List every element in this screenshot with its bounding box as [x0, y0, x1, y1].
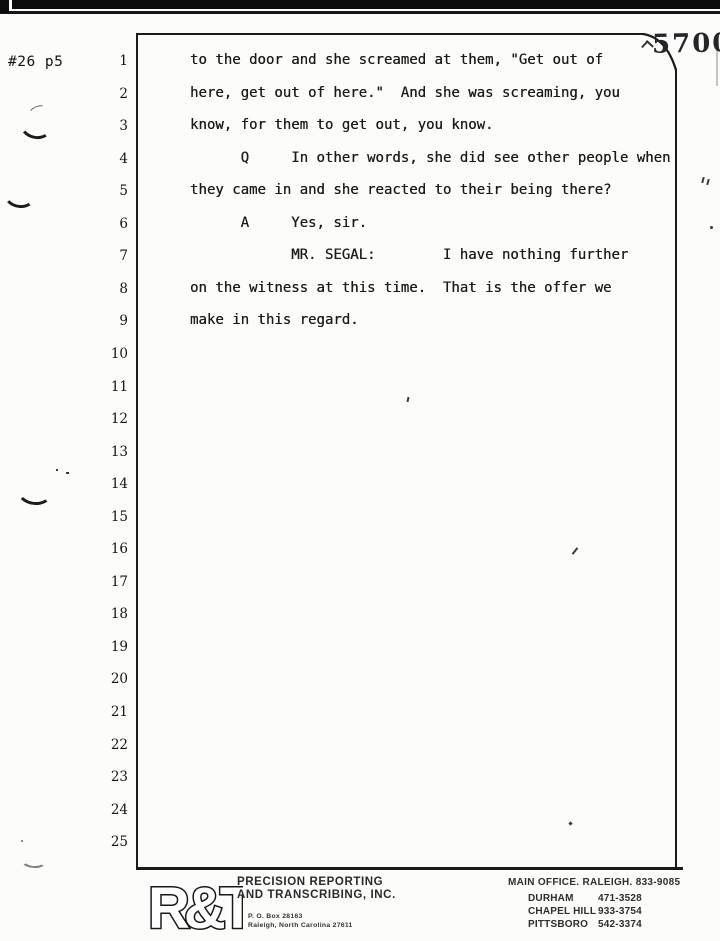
- main-office-line: MAIN OFFICE. RALEIGH. 833-9085: [508, 877, 680, 888]
- company-name: PRECISION REPORTING AND TRANSCRIBING, IN…: [237, 876, 457, 902]
- transcript-line-text: they came in and she reacted to their be…: [190, 182, 611, 198]
- line-number: 10: [92, 346, 128, 362]
- company-name-line2: AND TRANSCRIBING, INC.: [237, 889, 457, 902]
- transcript-row: 20: [0, 671, 720, 693]
- corner-notch-curve: [0, 0, 720, 941]
- transcript-row: 17: [0, 574, 720, 596]
- scan-speck: [66, 472, 69, 474]
- line-number: 17: [92, 574, 128, 590]
- line-number: 8: [92, 281, 128, 297]
- transcript-row: 7 MR. SEGAL: I have nothing further: [0, 248, 720, 270]
- scan-speck: [56, 469, 58, 471]
- scanned-transcript-page: { "colors": { "paper": "#fcfcfb", "ink":…: [0, 0, 720, 941]
- transcript-line-text: to the door and she screamed at them, "G…: [190, 52, 603, 68]
- office-row: PITTSBORO542-3374: [528, 918, 688, 931]
- company-logo: R&T.: [147, 872, 243, 941]
- office-row: CHAPEL HILL933-3754: [528, 905, 688, 918]
- line-number: 11: [92, 379, 128, 395]
- transcript-row: 15: [0, 509, 720, 531]
- transcript-row: 18: [0, 606, 720, 628]
- line-number: 21: [92, 704, 128, 720]
- line-number: 4: [92, 151, 128, 167]
- office-row: DURHAM471-3528: [528, 892, 688, 905]
- line-number: 19: [92, 639, 128, 655]
- transcript-line-text: make in this regard.: [190, 312, 359, 328]
- transcript-line-text: here, get out of here." And she was scre…: [190, 85, 620, 101]
- transcript-row: 2here, get out of here." And she was scr…: [0, 86, 720, 108]
- line-number: 24: [92, 802, 128, 818]
- transcript-row: 3know, for them to get out, you know.: [0, 118, 720, 140]
- line-number: 5: [92, 183, 128, 199]
- scan-edge-line-top: [0, 11, 720, 14]
- line-number: 1: [92, 53, 128, 69]
- transcript-line-text: A Yes, sir.: [190, 215, 367, 231]
- transcript-row: 24: [0, 802, 720, 824]
- scan-speck: [710, 226, 713, 229]
- transcript-line-text: on the witness at this time. That is the…: [190, 280, 611, 296]
- scan-speck: [21, 840, 23, 842]
- line-number: 12: [92, 411, 128, 427]
- transcript-row: 1to the door and she screamed at them, "…: [0, 53, 720, 75]
- transcript-row: 22: [0, 737, 720, 759]
- office-phone: 471-3528: [598, 892, 668, 905]
- line-number: 18: [92, 606, 128, 622]
- transcript-row: 9make in this regard.: [0, 313, 720, 335]
- line-number: 14: [92, 476, 128, 492]
- transcript-row: 14: [0, 476, 720, 498]
- line-number: 16: [92, 541, 128, 557]
- line-number: 3: [92, 118, 128, 134]
- transcript-row: 16: [0, 541, 720, 563]
- transcript-row: 5they came in and she reacted to their b…: [0, 183, 720, 205]
- transcript-row: 25: [0, 834, 720, 856]
- transcript-row: 13: [0, 444, 720, 466]
- scan-edge-corner: [0, 0, 9, 13]
- transcript-row: 21: [0, 704, 720, 726]
- transcript-row: 4 Q In other words, she did see other pe…: [0, 151, 720, 173]
- transcript-row: 11: [0, 379, 720, 401]
- company-po-box: P. O. Box 28163: [248, 913, 353, 922]
- transcript-row: 6 A Yes, sir.: [0, 216, 720, 238]
- office-phone: 542-3374: [598, 918, 668, 931]
- office-list: DURHAM471-3528CHAPEL HILL933-3754PITTSBO…: [528, 892, 688, 932]
- transcript-box-bottom-border: [136, 867, 683, 870]
- office-name: CHAPEL HILL: [528, 905, 598, 918]
- company-name-line1: PRECISION REPORTING: [237, 876, 457, 889]
- company-city-line: Raleigh, North Carolina 27611: [248, 922, 353, 931]
- company-address: P. O. Box 28163 Raleigh, North Carolina …: [248, 913, 353, 930]
- line-number: 7: [92, 248, 128, 264]
- office-name: PITTSBORO: [528, 918, 598, 931]
- line-number: 20: [92, 671, 128, 687]
- transcript-line-text: know, for them to get out, you know.: [190, 117, 493, 133]
- transcript-row: 8on the witness at this time. That is th…: [0, 281, 720, 303]
- scan-speck: [568, 821, 572, 825]
- transcript-row: 12: [0, 411, 720, 433]
- line-number: 23: [92, 769, 128, 785]
- transcript-box-top-border: [136, 33, 644, 35]
- line-number: 6: [92, 216, 128, 232]
- transcript-line-text: MR. SEGAL: I have nothing further: [190, 247, 628, 263]
- transcript-row: 23: [0, 769, 720, 791]
- transcript-row: 10: [0, 346, 720, 368]
- line-number: 9: [92, 313, 128, 329]
- transcript-line-text: Q In other words, she did see other peop…: [190, 150, 670, 166]
- office-name: DURHAM: [528, 892, 598, 905]
- company-logo-monogram: R&T.: [148, 876, 243, 941]
- line-number: 2: [92, 86, 128, 102]
- line-number: 15: [92, 509, 128, 525]
- line-number: 25: [92, 834, 128, 850]
- office-phone: 933-3754: [598, 905, 668, 918]
- transcript-row: 19: [0, 639, 720, 661]
- line-number: 22: [92, 737, 128, 753]
- line-number: 13: [92, 444, 128, 460]
- scan-edge-bar-top: [12, 0, 720, 9]
